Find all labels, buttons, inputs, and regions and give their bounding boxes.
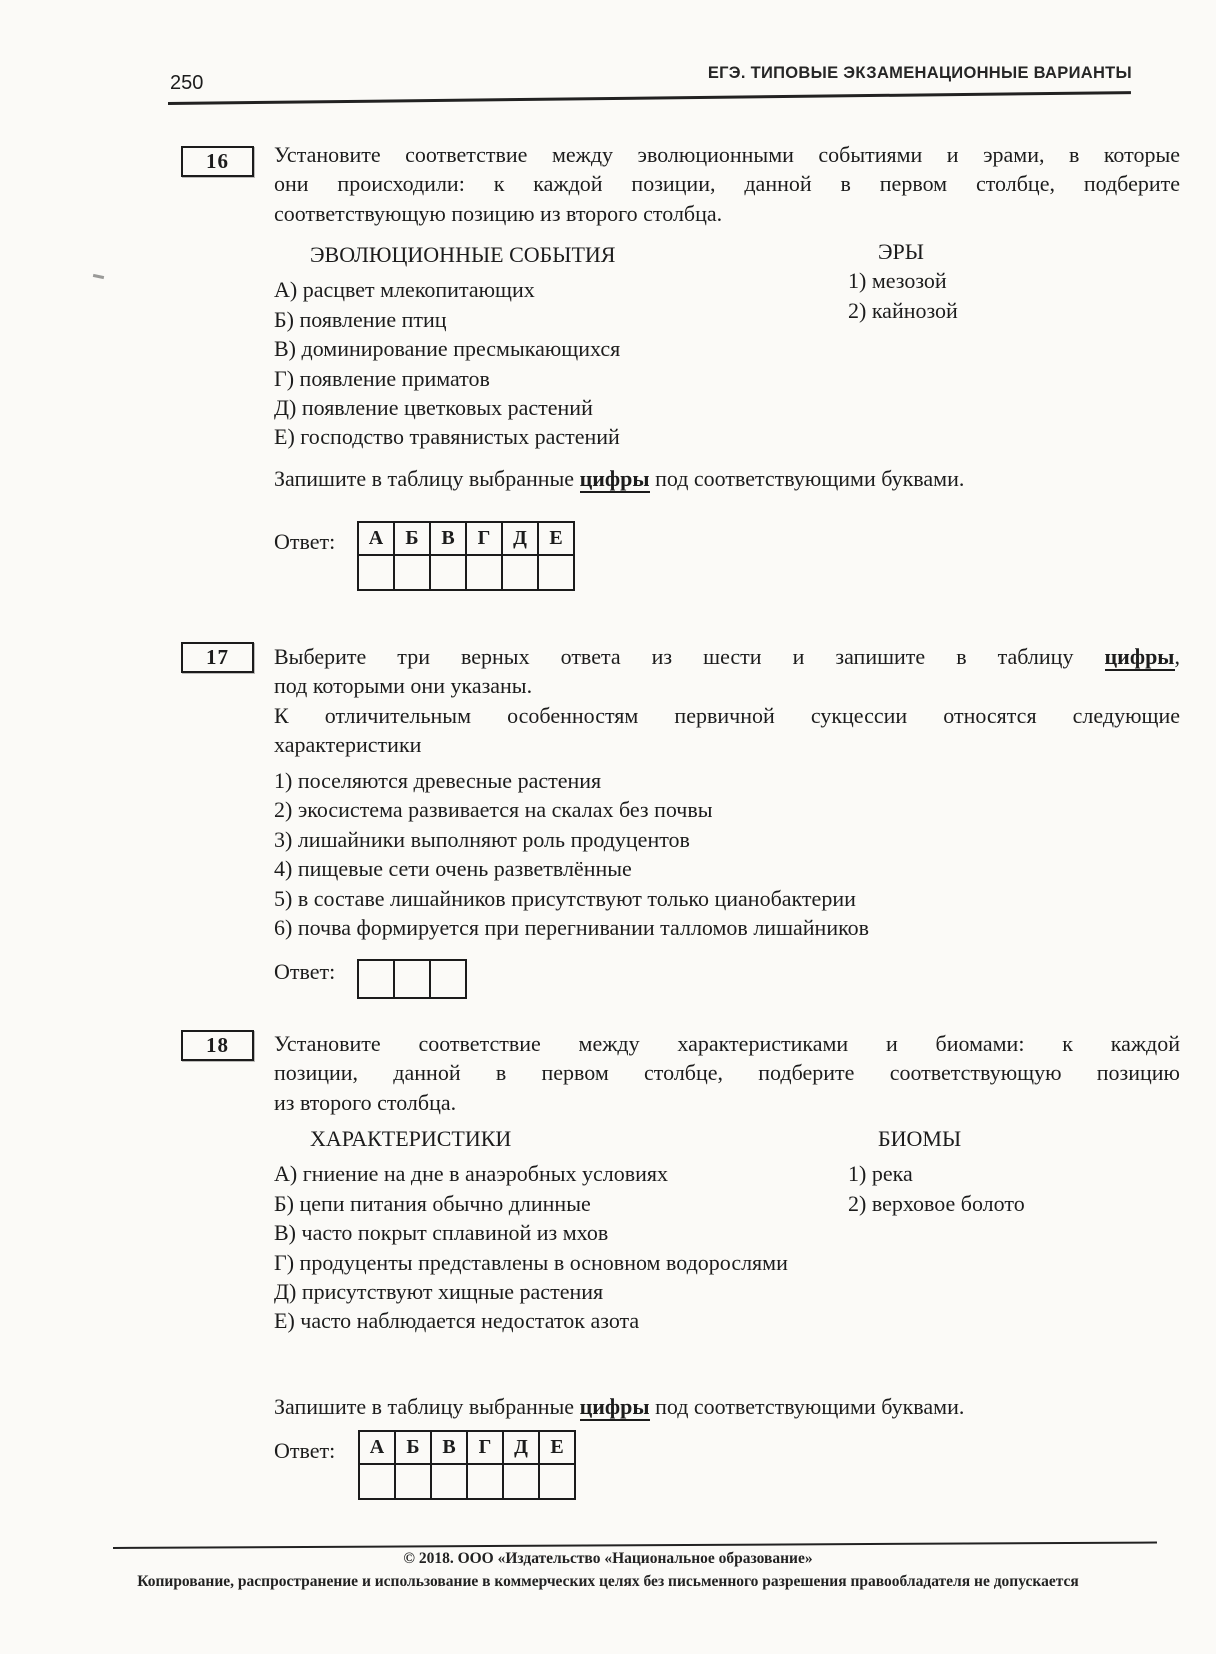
- match-item: Г) продуценты представлены в основном во…: [274, 1248, 822, 1277]
- intro-line: характеристики: [274, 730, 1180, 759]
- scan-artifact-mark: [93, 274, 104, 279]
- instruction-text: ,: [1175, 644, 1181, 669]
- option-item: 6) почва формируется при перегнивании та…: [274, 913, 1180, 942]
- answer-cell[interactable]: [431, 1464, 467, 1499]
- answer-table-q18: А Б В Г Д Е: [358, 1430, 576, 1500]
- footer-copyright: © 2018. ООО «Издательство «Национальное …: [0, 1549, 1216, 1568]
- match-option: 2) кайнозой: [848, 296, 1128, 325]
- question-18-right-column: БИОМЫ 1) река 2) верховое болото: [848, 1124, 1148, 1218]
- question-18-intro: Установите соответствие между характерис…: [274, 1029, 1180, 1117]
- letter-cell: А: [358, 522, 394, 555]
- answer-cell[interactable]: [466, 555, 502, 590]
- answer-input-row: [359, 1464, 575, 1499]
- question-17-intro: Выберите три верных ответа из шести и за…: [274, 642, 1180, 760]
- question-18-number: 18: [206, 1033, 229, 1057]
- scanned-exam-page: 250 ЕГЭ. ТИПОВЫЕ ЭКЗАМЕНАЦИОННЫЕ ВАРИАНТ…: [0, 0, 1216, 1654]
- match-option: 2) верховое болото: [848, 1189, 1148, 1218]
- option-item: 1) поселяются древесные растения: [274, 766, 1180, 795]
- right-column-title: БИОМЫ: [848, 1124, 1148, 1153]
- letter-cell: Е: [538, 522, 574, 555]
- instruction-text: под соответствующими буквами.: [650, 1394, 965, 1419]
- answer-label-q16: Ответ:: [274, 527, 335, 556]
- answer-table-q17: [357, 959, 467, 999]
- option-item: 2) экосистема развивается на скалах без …: [274, 795, 1180, 824]
- answer-cell[interactable]: [539, 1464, 575, 1499]
- answer-cell[interactable]: [358, 960, 394, 998]
- match-item: В) часто покрыт сплавиной из мхов: [274, 1218, 822, 1247]
- letter-cell: Д: [502, 522, 538, 555]
- footer-legal-notice: Копирование, распространение и использов…: [0, 1572, 1216, 1591]
- question-16-number-box: 16: [181, 146, 254, 177]
- question-17-number: 17: [206, 645, 229, 669]
- answer-input-row: [358, 555, 574, 590]
- answer-cell[interactable]: [538, 555, 574, 590]
- letter-cell: А: [359, 1431, 395, 1464]
- match-item: Д) присутствуют хищные растения: [274, 1277, 822, 1306]
- letter-cell: Д: [503, 1431, 539, 1464]
- answer-label-q17: Ответ:: [274, 957, 335, 986]
- match-item: Б) появление птиц: [274, 305, 834, 334]
- letter-cell: Б: [395, 1431, 431, 1464]
- emphasized-word: цифры: [1105, 644, 1175, 671]
- question-18-left-column: ХАРАКТЕРИСТИКИ А) гниение на дне в анаэр…: [274, 1124, 822, 1336]
- match-item: А) гниение на дне в анаэробных условиях: [274, 1159, 822, 1188]
- intro-line: К отличительным особенностям первичной с…: [274, 701, 1180, 730]
- match-item: Д) появление цветковых растений: [274, 393, 834, 422]
- question-16-write-instruction: Запишите в таблицу выбранные цифры под с…: [274, 464, 1180, 493]
- answer-letters-row: А Б В Г Д Е: [359, 1431, 575, 1464]
- left-column-title: ЭВОЛЮЦИОННЫЕ СОБЫТИЯ: [274, 240, 834, 269]
- page-number: 250: [170, 72, 203, 94]
- answer-cell[interactable]: [430, 555, 466, 590]
- intro-line: они происходили: к каждой позиции, данно…: [274, 169, 1180, 198]
- match-item: Г) появление приматов: [274, 364, 834, 393]
- header-rule: [168, 91, 1131, 104]
- question-18-number-box: 18: [181, 1030, 254, 1061]
- match-option: 1) мезозой: [848, 266, 1128, 295]
- intro-line: Выберите три верных ответа из шести и за…: [274, 642, 1180, 671]
- letter-cell: Б: [394, 522, 430, 555]
- question-16-number: 16: [206, 149, 229, 173]
- answer-input-row: [358, 960, 466, 998]
- match-item: В) доминирование пресмыкающихся: [274, 334, 834, 363]
- option-item: 5) в составе лишайников присутствуют тол…: [274, 884, 1180, 913]
- instruction-text: Запишите в таблицу выбранные: [274, 1394, 580, 1419]
- match-item: Е) часто наблюдается недостаток азота: [274, 1306, 822, 1335]
- left-column-title: ХАРАКТЕРИСТИКИ: [274, 1124, 822, 1153]
- question-17-number-box: 17: [181, 642, 254, 673]
- emphasized-word: цифры: [580, 1394, 650, 1421]
- instruction-text: Выберите три верных ответа из шести и за…: [274, 644, 1105, 669]
- option-item: 3) лишайники выполняют роль продуцентов: [274, 825, 1180, 854]
- answer-cell[interactable]: [359, 1464, 395, 1499]
- letter-cell: Г: [466, 522, 502, 555]
- answer-cell[interactable]: [394, 555, 430, 590]
- running-header: ЕГЭ. ТИПОВЫЕ ЭКЗАМЕНАЦИОННЫЕ ВАРИАНТЫ: [708, 64, 1132, 83]
- emphasized-word: цифры: [580, 466, 650, 493]
- answer-cell[interactable]: [503, 1464, 539, 1499]
- match-item: Б) цепи питания обычно длинные: [274, 1189, 822, 1218]
- intro-line: Установите соответствие между эволюционн…: [274, 140, 1180, 169]
- answer-cell[interactable]: [358, 555, 394, 590]
- footer-rule: [113, 1542, 1157, 1549]
- intro-line: позиции, данной в первом столбце, подбер…: [274, 1058, 1180, 1087]
- option-item: 4) пищевые сети очень разветвлённые: [274, 854, 1180, 883]
- answer-label-q18: Ответ:: [274, 1436, 335, 1465]
- answer-letters-row: А Б В Г Д Е: [358, 522, 574, 555]
- answer-cell[interactable]: [467, 1464, 503, 1499]
- intro-line: Установите соответствие между характерис…: [274, 1029, 1180, 1058]
- answer-cell[interactable]: [394, 960, 430, 998]
- letter-cell: Е: [539, 1431, 575, 1464]
- instruction-text: под соответствующими буквами.: [650, 466, 965, 491]
- answer-cell[interactable]: [395, 1464, 431, 1499]
- answer-table-q16: А Б В Г Д Е: [357, 521, 575, 591]
- match-option: 1) река: [848, 1159, 1148, 1188]
- intro-line: под которыми они указаны.: [274, 671, 1180, 700]
- intro-line: соответствующую позицию из второго столб…: [274, 199, 1180, 228]
- question-16-intro: Установите соответствие между эволюционн…: [274, 140, 1180, 228]
- letter-cell: В: [430, 522, 466, 555]
- letter-cell: Г: [467, 1431, 503, 1464]
- answer-cell[interactable]: [502, 555, 538, 590]
- answer-cell[interactable]: [430, 960, 466, 998]
- match-item: А) расцвет млекопитающих: [274, 275, 834, 304]
- right-column-title: ЭРЫ: [848, 237, 1128, 266]
- instruction-text: Запишите в таблицу выбранные: [274, 466, 580, 491]
- question-18-write-instruction: Запишите в таблицу выбранные цифры под с…: [274, 1392, 1180, 1421]
- letter-cell: В: [431, 1431, 467, 1464]
- intro-line: из второго столбца.: [274, 1088, 1180, 1117]
- question-16-right-column: ЭРЫ 1) мезозой 2) кайнозой: [848, 237, 1128, 325]
- question-17-options: 1) поселяются древесные растения 2) экос…: [274, 766, 1180, 942]
- match-item: Е) господство травянистых растений: [274, 422, 834, 451]
- question-16-left-column: ЭВОЛЮЦИОННЫЕ СОБЫТИЯ А) расцвет млекопит…: [274, 240, 834, 452]
